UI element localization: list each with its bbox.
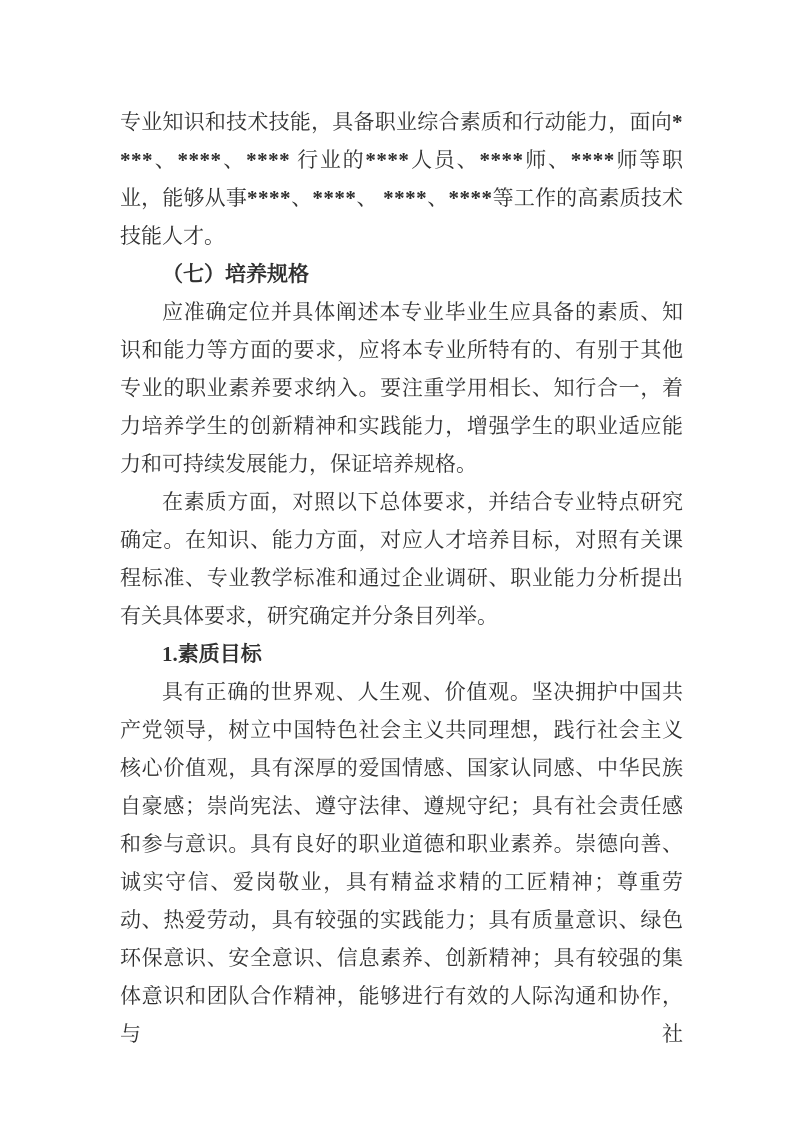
section-heading-training-specs: （七）培养规格 [120,255,683,293]
subsection-heading-quality-goals: 1.素质目标 [120,635,683,673]
paragraph-quality-knowledge-ability-method: 在素质方面，对照以下总体要求，并结合专业特点研究确定。在知识、能力方面，对应人才… [120,483,683,635]
paragraph-training-objectives-continued: 专业知识和技术技能，具备职业综合素质和行动能力，面向****、****、****… [120,103,683,255]
paragraph-quality-goals-content: 具有正确的世界观、人生观、价值观。坚决拥护中国共产党领导，树立中国特色社会主义共… [120,673,683,1053]
paragraph-spec-positioning: 应准确定位并具体阐述本专业毕业生应具备的素质、知识和能力等方面的要求，应将本专业… [120,293,683,483]
document-body: 专业知识和技术技能，具备职业综合素质和行动能力，面向****、****、****… [120,103,683,1053]
document-page: 专业知识和技术技能，具备职业综合素质和行动能力，面向****、****、****… [0,0,800,1131]
